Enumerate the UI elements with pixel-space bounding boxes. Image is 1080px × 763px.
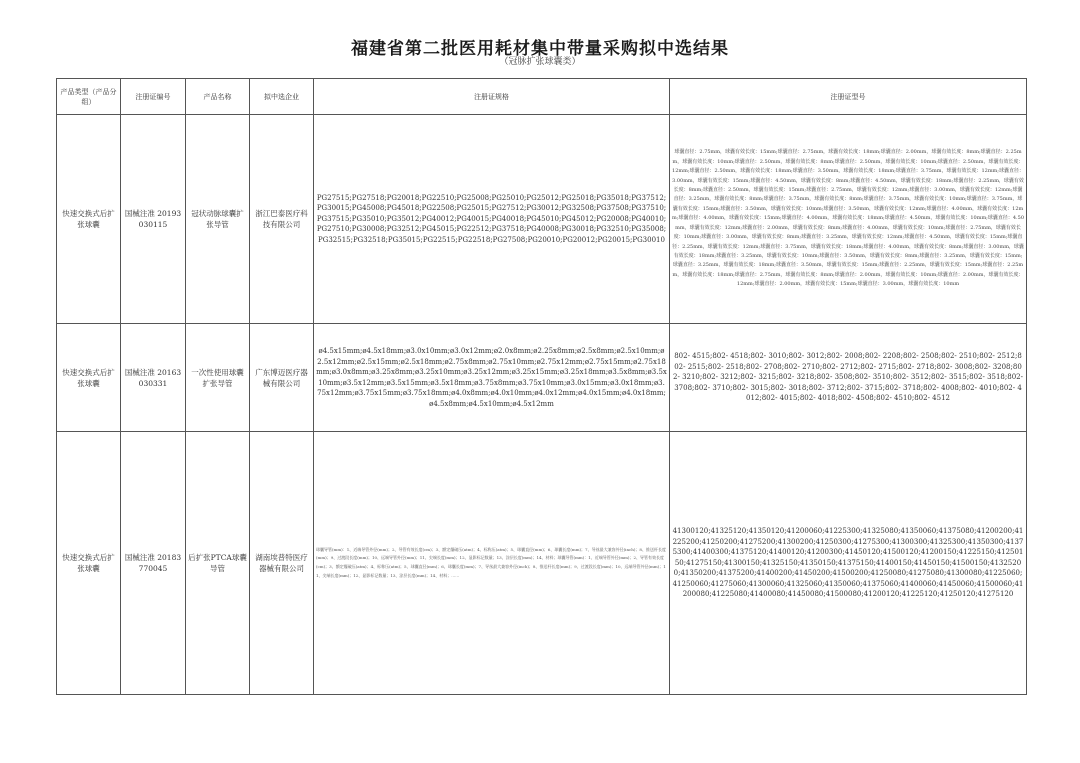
cell-model: 41300120;41325120;41350120;41200060;4122… bbox=[670, 432, 1027, 695]
cell-company: 湖南埃普特医疗器械有限公司 bbox=[250, 432, 314, 695]
page-subtitle: （冠脉扩张球囊类） bbox=[0, 54, 1080, 67]
cell-registration-number: 国械注准 20163030331 bbox=[121, 324, 186, 432]
table-row: 快速交换式后扩张球囊 国械注准 20163030331 一次性使用球囊扩张导管 … bbox=[57, 324, 1027, 432]
table-row: 快速交换式后扩张球囊 国械注准 20193030115 冠状动脉球囊扩张导管 浙… bbox=[57, 115, 1027, 324]
header-product-type: 产品类型（产品分组） bbox=[57, 79, 121, 115]
cell-model: 802- 4515;802- 4518;802- 3010;802- 3012;… bbox=[670, 324, 1027, 432]
results-table: 产品类型（产品分组） 注册证编号 产品名称 拟中选企业 注册证规格 注册证型号 … bbox=[56, 78, 1027, 695]
cell-product-type: 快速交换式后扩张球囊 bbox=[57, 324, 121, 432]
cell-specification: PG27515;PG27518;PG20018;PG22510;PG25008;… bbox=[314, 115, 670, 324]
cell-specification: ø4.5x15mm;ø4.5x18mm;ø3.0x10mm;ø3.0x12mm;… bbox=[314, 324, 670, 432]
cell-registration-number: 国械注准 20193030115 bbox=[121, 115, 186, 324]
cell-registration-number: 国械注准 20183770045 bbox=[121, 432, 186, 695]
table-row: 快速交换式后扩张球囊 国械注准 20183770045 后扩张PTCA球囊导管 … bbox=[57, 432, 1027, 695]
header-company: 拟中选企业 bbox=[250, 79, 314, 115]
table-header-row: 产品类型（产品分组） 注册证编号 产品名称 拟中选企业 注册证规格 注册证型号 bbox=[57, 79, 1027, 115]
cell-model: 球囊直径：2.75mm，球囊有效长度：15mm;球囊直径：2.75mm，球囊有效… bbox=[670, 115, 1027, 324]
cell-company: 浙江巴泰医疗科技有限公司 bbox=[250, 115, 314, 324]
cell-product-type: 快速交换式后扩张球囊 bbox=[57, 115, 121, 324]
cell-specification: 球囊导管(mm)：1、近端导管外径(mm)；2、导管有效长度(cm)；3、额定爆… bbox=[314, 432, 670, 695]
header-registration-number: 注册证编号 bbox=[121, 79, 186, 115]
cell-product-name: 一次性使用球囊扩张导管 bbox=[186, 324, 250, 432]
cell-product-type: 快速交换式后扩张球囊 bbox=[57, 432, 121, 695]
cell-product-name: 冠状动脉球囊扩张导管 bbox=[186, 115, 250, 324]
cell-company: 广东博迈医疗器械有限公司 bbox=[250, 324, 314, 432]
header-specification: 注册证规格 bbox=[314, 79, 670, 115]
header-product-name: 产品名称 bbox=[186, 79, 250, 115]
cell-product-name: 后扩张PTCA球囊导管 bbox=[186, 432, 250, 695]
header-model: 注册证型号 bbox=[670, 79, 1027, 115]
